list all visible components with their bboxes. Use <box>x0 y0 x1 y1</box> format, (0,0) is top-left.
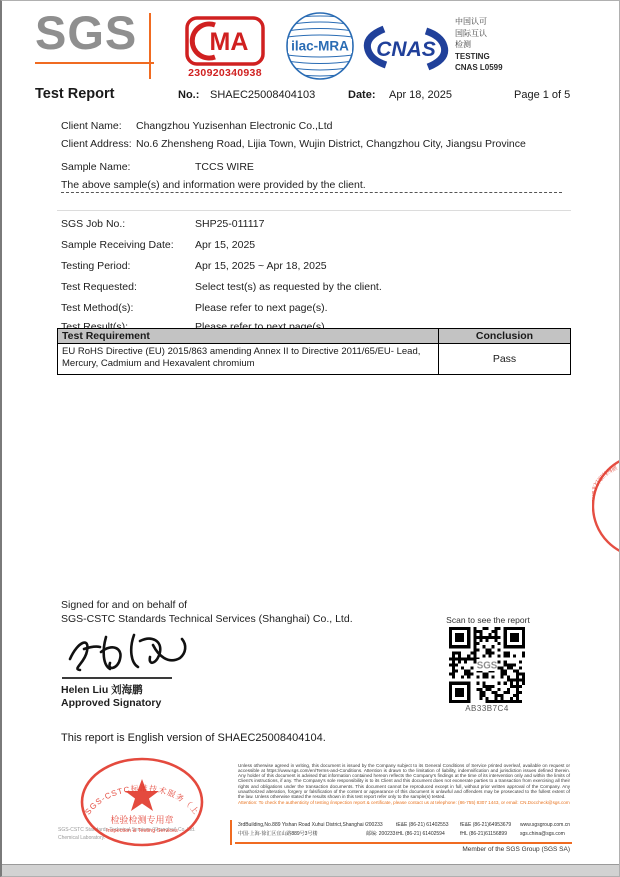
table-cell-conclusion: Pass <box>439 344 570 374</box>
accred-line-cn3: 检测 <box>455 39 503 51</box>
accred-line-cn2: 国际互认 <box>455 28 503 40</box>
field-label-receiving-date: Sample Receiving Date: <box>61 239 174 251</box>
svg-text:通标标准技术服务: 通标标准技术服务 <box>592 463 619 503</box>
qr-caption: Scan to see the report <box>442 615 534 625</box>
table-row: EU RoHS Directive (EU) 2015/863 amending… <box>58 344 570 374</box>
signed-company-line: SGS-CSTC Standards Technical Services (S… <box>61 613 353 625</box>
field-value-test-requested: Select test(s) as requested by the clien… <box>195 281 382 293</box>
page-number: Page 1 of 5 <box>514 89 570 101</box>
report-no-value: SHAEC25008404103 <box>210 89 315 101</box>
field-label-test-method: Test Method(s): <box>61 302 133 314</box>
cma-logo-icon: MA <box>185 16 265 66</box>
qr-code-id: AB33B7C4 <box>449 704 525 713</box>
website: www.sgsgroup.com.cn <box>520 821 570 830</box>
sample-name-label: Sample Name: <box>61 161 130 173</box>
disclaimer-attention: Attention: To check the authenticity of … <box>238 800 570 805</box>
table-cell-requirement: EU RoHS Directive (EU) 2015/863 amending… <box>58 344 439 374</box>
qr-code: SGS <box>449 627 525 703</box>
address-row-cn: 中国·上海·徐汇区宜山路889号3号楼 邮编: 200233 tHL (86-2… <box>238 830 570 839</box>
accred-line-cnas-no: CNAS L0599 <box>455 62 503 74</box>
svg-text:CNAS: CNAS <box>376 38 436 61</box>
cma-certificate-number: 230920340938 <box>182 67 268 79</box>
postal-cn: 邮编: 200233 <box>366 830 396 839</box>
sgs-logo: SGS <box>35 9 137 56</box>
report-title: Test Report <box>35 86 115 102</box>
address-row-en: 3rdBuilding,No.889 Yishan Road Xuhui Dis… <box>238 821 570 830</box>
report-no-label: No.: <box>178 89 199 101</box>
fax-en: fE&E (86-21)64953679 <box>460 821 520 830</box>
svg-text:ilac-MRA: ilac-MRA <box>291 39 349 54</box>
left-red-stamp-icon: SGS-CSTC标准技术服务（上海）有限公司 检验检测专用章 Inspectio… <box>74 753 210 851</box>
signed-for-line: Signed for and on behalf of <box>61 599 187 611</box>
address-en: 3rdBuilding,No.889 Yishan Road Xuhui Dis… <box>238 821 366 830</box>
field-value-job-no: SHP25-011117 <box>195 218 264 230</box>
field-label-test-requested: Test Requested: <box>61 281 137 293</box>
email: sgs.china@sgs.com <box>520 830 570 839</box>
tel-en: tE&E (86-21) 61402553 <box>396 821 460 830</box>
section-separator <box>57 210 571 211</box>
handwritten-signature <box>60 625 190 675</box>
table-header-requirement: Test Requirement <box>58 329 439 343</box>
field-value-receiving-date: Apr 15, 2025 <box>195 239 255 251</box>
svg-text:Inspection & Testing Services: Inspection & Testing Services <box>106 828 178 834</box>
svg-text:MA: MA <box>210 28 249 56</box>
dashed-separator <box>61 192 562 193</box>
tel-cn: tHL (86-21) 61402594 <box>396 830 460 839</box>
disclaimer-text: Unless otherwise agreed in writing, this… <box>238 763 570 799</box>
sample-provided-note: The above sample(s) and information were… <box>61 179 366 191</box>
client-address-value: No.6 Zhensheng Road, Lijia Town, Wujin D… <box>136 138 526 150</box>
right-red-stamp-icon: 通标标准技术服务 <box>592 451 619 561</box>
svg-text:检验检测专用章: 检验检测专用章 <box>110 814 173 825</box>
cnas-accreditation-text: 中国认可 国际互认 检测 TESTING CNAS L0599 <box>455 16 503 74</box>
svg-text:SGS-CSTC标准技术服务（上海）有限公司: SGS-CSTC标准技术服务（上海）有限公司 <box>74 753 202 817</box>
address-cn: 中国·上海·徐汇区宜山路889号3号楼 <box>238 830 366 839</box>
report-date-label: Date: <box>348 89 376 101</box>
footer-disclaimer: Unless otherwise agreed in writing, this… <box>238 763 570 805</box>
sgs-logo-underline <box>35 62 154 64</box>
cnas-logo-icon: CNAS <box>362 23 450 73</box>
table-header-conclusion: Conclusion <box>439 330 570 342</box>
test-report-page: SGS MA 230920340938 ilac-MRA CNAS 中国认可 国… <box>0 0 620 877</box>
signature-underline <box>62 677 172 679</box>
report-date-value: Apr 18, 2025 <box>389 89 452 101</box>
footer-orange-rule <box>235 842 572 844</box>
sample-name-value: TCCS WIRE <box>195 161 254 173</box>
field-label-testing-period: Testing Period: <box>61 260 130 272</box>
window-bottom-edge <box>2 864 619 877</box>
accred-line-testing: TESTING <box>455 51 503 63</box>
client-name-value: Changzhou Yuzisenhan Electronic Co.,Ltd <box>136 120 333 132</box>
ilac-mra-logo-icon: ilac-MRA <box>285 11 355 81</box>
signatory-role: Approved Signatory <box>61 697 161 709</box>
svg-text:SGS: SGS <box>477 661 498 672</box>
footer-address-block: 3rdBuilding,No.889 Yishan Road Xuhui Dis… <box>238 821 570 839</box>
postal-en: 200233 <box>366 821 396 830</box>
accred-line-cn1: 中国认可 <box>455 16 503 28</box>
footer-divider-vertical <box>230 820 232 845</box>
sgs-member-note: Member of the SGS Group (SGS SA) <box>270 846 570 853</box>
field-value-testing-period: Apr 15, 2025 ~ Apr 18, 2025 <box>195 260 327 272</box>
client-address-label: Client Address: <box>61 138 132 150</box>
field-label-job-no: SGS Job No.: <box>61 218 125 230</box>
table-header-row: Test Requirement Conclusion <box>58 329 570 344</box>
signatory-name: Helen Liu 刘海鹏 <box>61 682 143 697</box>
conclusion-table: Test Requirement Conclusion EU RoHS Dire… <box>57 328 571 375</box>
fax-cn: fHL (86-21)61156899 <box>460 830 520 839</box>
client-name-label: Client Name: <box>61 120 122 132</box>
sgs-logo-vertical-line <box>149 13 151 79</box>
report-version-note: This report is English version of SHAEC2… <box>61 732 326 744</box>
field-value-test-method: Please refer to next page(s). <box>195 302 328 314</box>
